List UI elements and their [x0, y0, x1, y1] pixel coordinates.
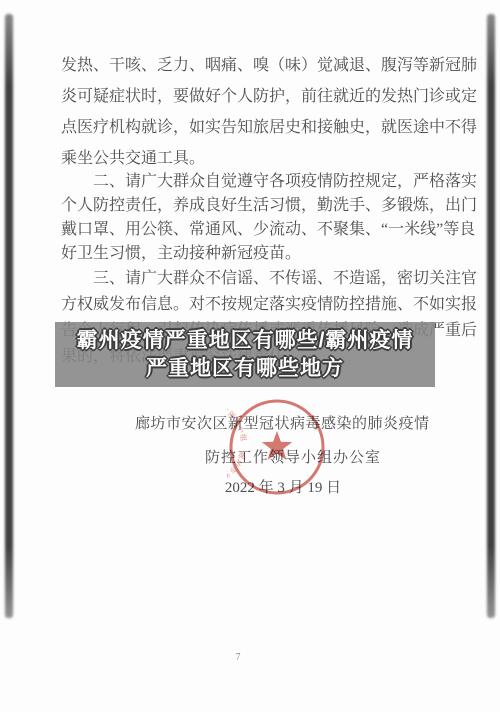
headline-text-line1: 霸州疫情严重地区有哪些/霸州疫情 [77, 327, 414, 355]
text-line: 戴口罩、用公筷、常通风、少流动、不聚集、“一米线”等良 [61, 218, 454, 242]
photo-edge-left [5, 14, 13, 618]
text-line: 方权威发布信息。对不按规定落实疫情防控措施、不如实报 [61, 292, 454, 318]
text-line: 二、请广大群众自觉遵守各项疫情防控规定，严格落实 [61, 170, 454, 194]
official-red-seal: 廊坊市安次区新型冠状病毒感染的肺炎疫情防控工作领导小组 [227, 397, 327, 497]
page-number: 7 [228, 652, 248, 663]
text-line: 个人防控责任，养成良好生活习惯，勤洗手、多锻炼，出门 [61, 194, 454, 218]
scanned-document-photo: 发热、干咳、乏力、咽痛、嗅（味）觉减退、腹泻等新冠肺 炎可疑症状时，要做好个人防… [0, 0, 500, 712]
text-line: 发热、干咳、乏力、咽痛、嗅（味）觉减退、腹泻等新冠肺 [61, 50, 454, 81]
text-line: 点医疗机构就诊，如实告知旅居史和接触史，就医途中不得 [61, 112, 454, 143]
headline-text-line2: 严重地区有哪些地方 [146, 355, 344, 383]
paragraph-continuation: 发热、干咳、乏力、咽痛、嗅（味）觉减退、腹泻等新冠肺 炎可疑症状时，要做好个人防… [61, 50, 454, 174]
text-line: 炎可疑症状时，要做好个人防护，前往就近的发热门诊或定 [61, 81, 454, 112]
headline-overlay-banner: 霸州疫情严重地区有哪些/霸州疫情 严重地区有哪些地方 [55, 322, 435, 387]
photo-edge-right [487, 14, 495, 618]
seal-star-icon [262, 431, 292, 460]
text-line: 三、请广大群众不信谣、不传谣、不造谣，密切关注官 [61, 266, 454, 292]
paragraph-item-2: 二、请广大群众自觉遵守各项疫情防控规定，严格落实 个人防控责任，养成良好生活习惯… [61, 170, 454, 266]
text-line: 好卫生习惯，主动接种新冠疫苗。 [61, 242, 454, 266]
